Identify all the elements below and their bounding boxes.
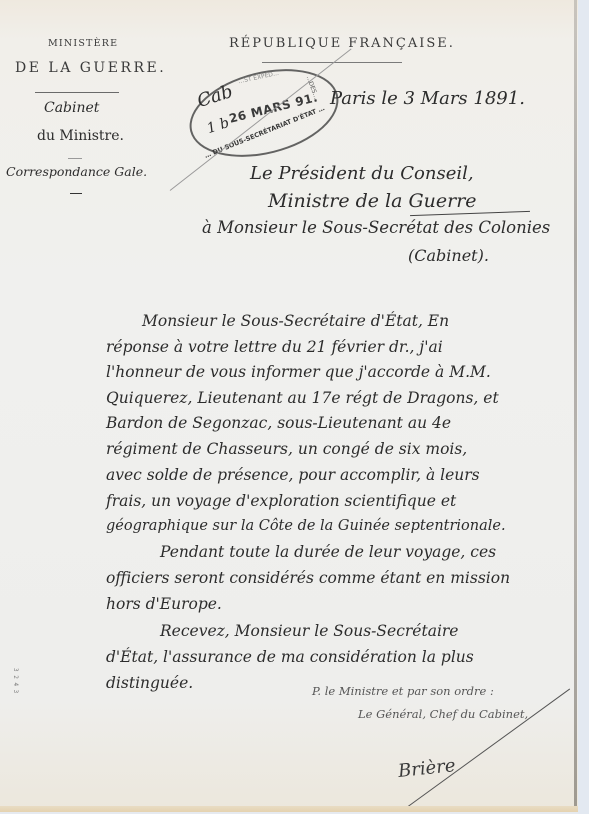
body-line: Monsieur le Sous-Secrétaire d'État, En [142, 312, 449, 330]
department-sub-label: du Ministre. [37, 128, 124, 144]
closing-line-1: P. le Ministre et par son ordre : [312, 684, 494, 698]
body-line: géographique sur la Côte de la Guinée se… [106, 518, 506, 534]
page-bottom-edge [0, 806, 578, 812]
sender-title: Le Président du Conseil, [250, 163, 474, 184]
recipient-sub: (Cabinet). [408, 246, 489, 265]
recipient-line: à Monsieur le Sous-Secrétat des Colonies [202, 218, 550, 237]
body-line: Quiquerez, Lieutenant au 17e régt de Dra… [106, 389, 499, 407]
dateline: Paris le 3 Mars 1891. [330, 88, 525, 109]
scan-background [578, 0, 589, 814]
page-edge [574, 0, 577, 812]
short-divider-1 [68, 158, 82, 159]
body-line: d'État, l'assurance de ma considération … [106, 648, 474, 666]
ministry-name: DE LA GUERRE. [15, 60, 166, 76]
short-divider-2 [70, 193, 82, 194]
body-line: distinguée. [106, 674, 193, 692]
margin-archive-mark: 3 2 4 3 [12, 668, 19, 693]
body-line: Bardon de Segonzac, sous-Lieutenant au 4… [106, 414, 451, 432]
republic-header: RÉPUBLIQUE FRANÇAISE. [229, 36, 455, 51]
sender-ministry: Ministre de la Guerre [268, 190, 477, 212]
body-line: Pendant toute la durée de leur voyage, c… [160, 543, 496, 561]
body-line: réponse à votre lettre du 21 février dr.… [106, 338, 443, 356]
body-line: l'honneur de vous informer que j'accorde… [106, 363, 491, 381]
body-line: frais, un voyage d'exploration scientifi… [106, 492, 456, 510]
body-line: officiers seront considérés comme étant … [106, 569, 510, 587]
department-label: Cabinet [44, 100, 99, 116]
body-line: hors d'Europe. [106, 595, 222, 613]
body-line: Recevez, Monsieur le Sous-Secrétaire [160, 622, 458, 640]
ministry-label: MINISTÈRE [48, 38, 118, 49]
office-label: Correspondance Gale. [6, 164, 147, 179]
body-line: régiment de Chasseurs, un congé de six m… [106, 440, 467, 458]
letterhead-divider-left [35, 92, 119, 93]
body-line: avec solde de présence, pour accomplir, … [106, 466, 480, 484]
closing-line-2: Le Général, Chef du Cabinet, [358, 707, 528, 721]
letter-page: MINISTÈRE DE LA GUERRE. Cabinet du Minis… [0, 0, 578, 812]
